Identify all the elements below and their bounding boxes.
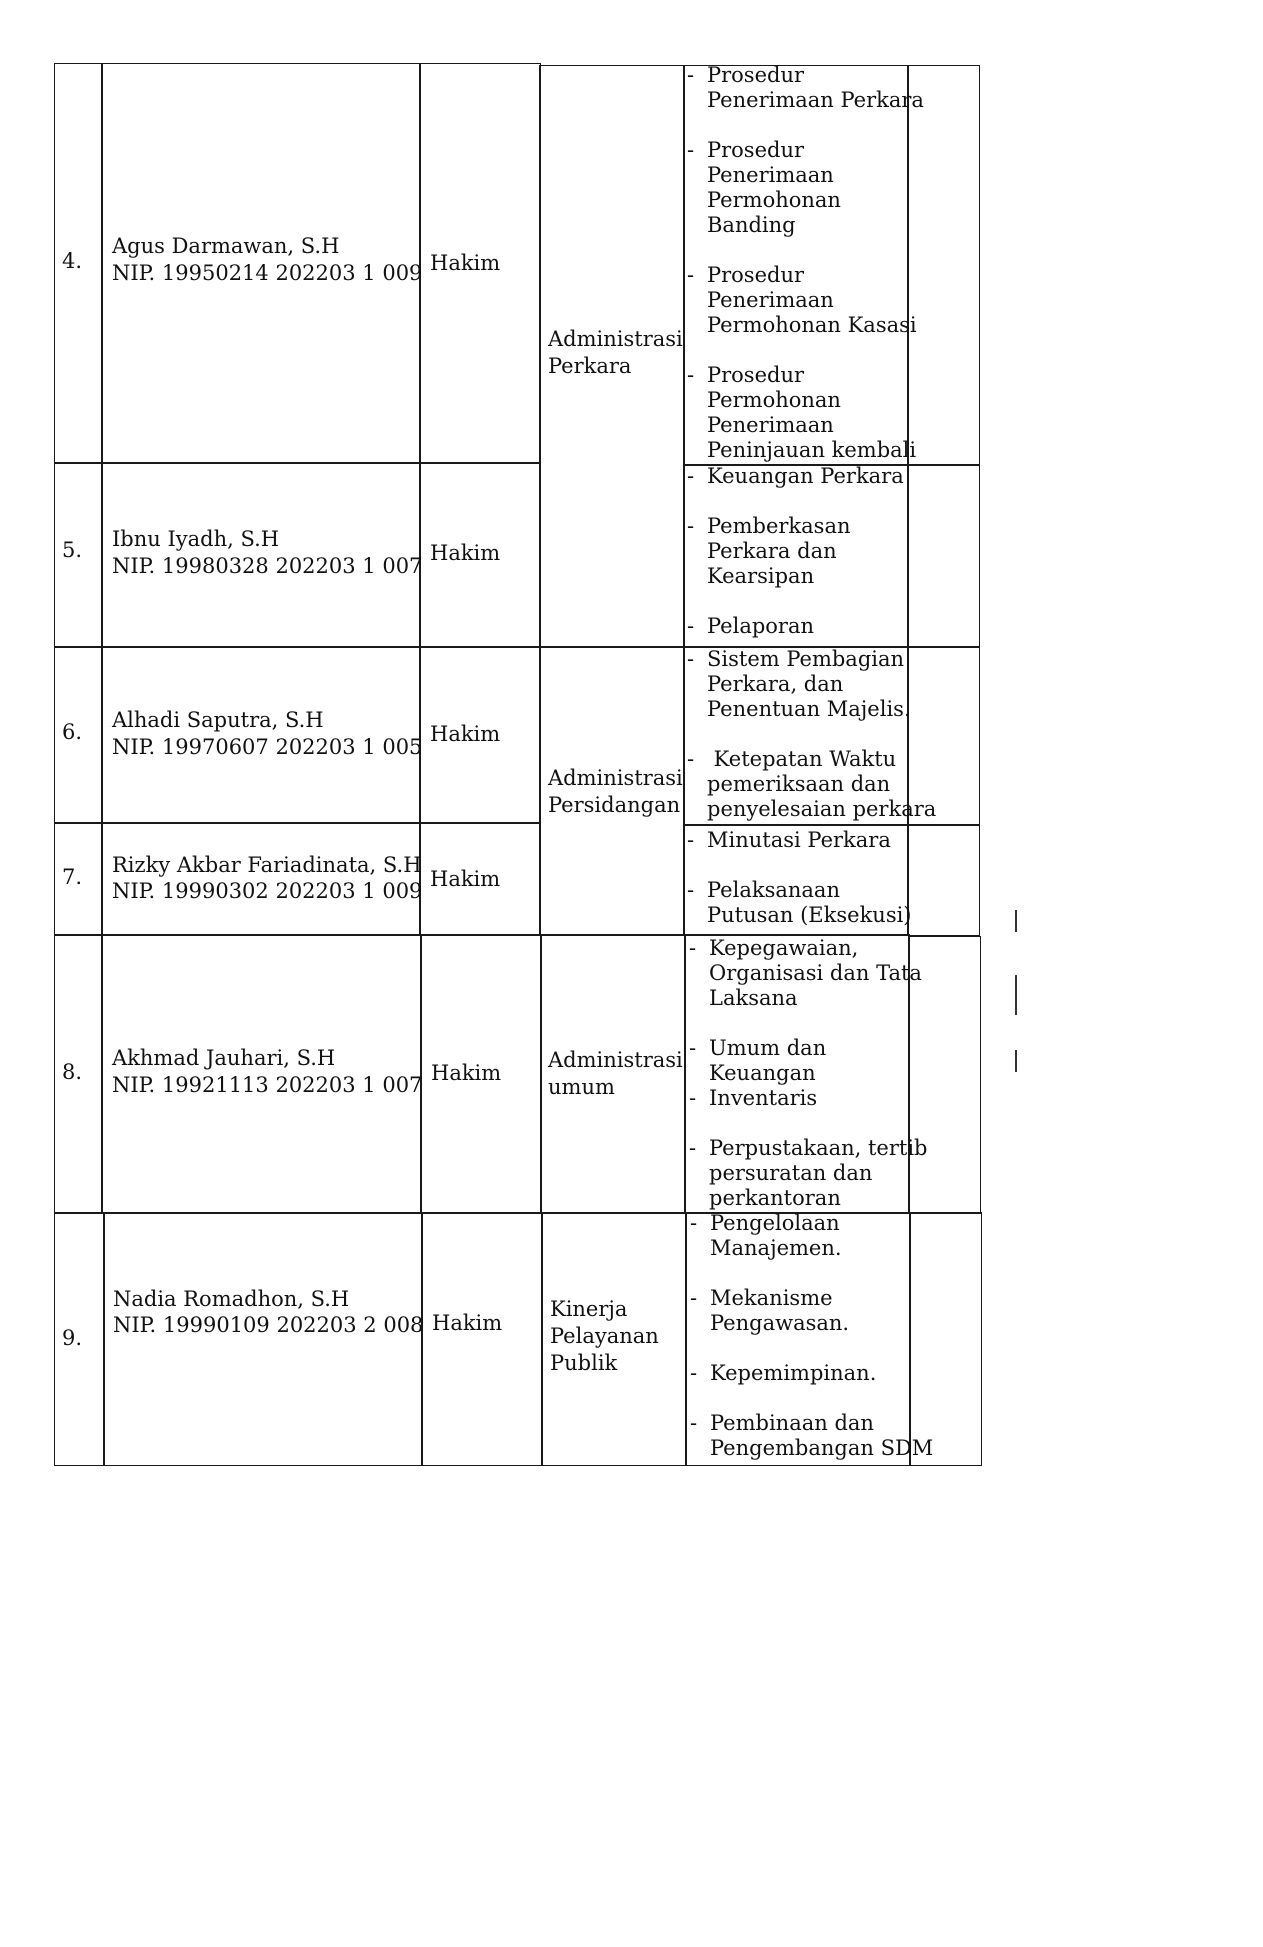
area-label: Administrasi umum	[548, 1047, 683, 1101]
employee-nip: NIP. 19921113 202203 1 007	[112, 1070, 422, 1101]
employee-nip: NIP. 19950214 202203 1 009	[112, 258, 422, 289]
employee-position: Hakim	[431, 1058, 501, 1089]
employee-nip: NIP. 19990302 202203 1 009	[112, 876, 422, 907]
employee-position: Hakim	[432, 1308, 502, 1339]
row-number: 6.	[62, 717, 82, 748]
task-list: Kepegawaian, Organisasi dan Tata Laksana…	[687, 936, 909, 1211]
task-item: Keuangan Perkara	[685, 464, 907, 489]
cell-note-7	[907, 824, 980, 936]
task-item: Prosedur Permohonan Penerimaan Peninjaua…	[685, 363, 907, 463]
task-item: Kepemimpinan.	[688, 1361, 910, 1386]
task-item: Pemberkasan Perkara dan Kearsipan	[685, 514, 907, 589]
area-label: Administrasi Perkara	[548, 326, 683, 380]
row-number: 5.	[62, 535, 82, 566]
task-item: Mekanisme Pengawasan.	[688, 1286, 910, 1336]
row-number: 8.	[62, 1057, 82, 1088]
task-item: Prosedur Penerimaan Permohonan Banding	[685, 138, 907, 238]
scan-artifact	[1015, 1050, 1017, 1072]
employee-nip: NIP. 19970607 202203 1 005	[112, 732, 422, 763]
employee-position: Hakim	[430, 538, 500, 569]
cell-note-4	[907, 65, 980, 466]
scan-artifact	[1015, 975, 1017, 1015]
task-item: Sistem Pembagian Perkara, dan Penentuan …	[685, 647, 907, 722]
area-label: Kinerja Pelayanan Publik	[550, 1296, 659, 1377]
cell-jabatan-9	[421, 1212, 543, 1466]
employee-position: Hakim	[430, 248, 500, 279]
task-list: Sistem Pembagian Perkara, dan Penentuan …	[685, 647, 907, 822]
scan-artifact	[1015, 910, 1017, 932]
task-item: Pembinaan dan Pengembangan SDM	[688, 1411, 910, 1461]
task-item: Minutasi Perkara	[685, 828, 907, 853]
task-item: Perpustakaan, tertib persuratan dan perk…	[687, 1136, 909, 1211]
row-number: 9.	[62, 1323, 82, 1354]
task-item: Pelaksanaan Putusan (Eksekusi)	[685, 878, 907, 928]
document-page: 4. 5. 6. 7. 8. 9. Agus Darmawan, S.H NIP…	[0, 0, 1263, 1947]
task-list: Prosedur Penerimaan Perkara Prosedur Pen…	[685, 63, 907, 463]
task-item: Inventaris	[687, 1086, 909, 1111]
task-item: Pelaporan	[685, 614, 907, 639]
task-item: Kepegawaian, Organisasi dan Tata Laksana	[687, 936, 909, 1011]
task-item: Prosedur Penerimaan Perkara	[685, 63, 907, 113]
employee-position: Hakim	[430, 864, 500, 895]
employee-position: Hakim	[430, 719, 500, 750]
task-list: Minutasi Perkara Pelaksanaan Putusan (Ek…	[685, 828, 907, 928]
task-item: Ketepatan Waktu pemeriksaan dan penyeles…	[685, 747, 907, 822]
task-list: Keuangan Perkara Pemberkasan Perkara dan…	[685, 464, 907, 639]
task-item: Pengelolaan Manajemen.	[688, 1211, 910, 1261]
task-list: Pengelolaan Manajemen. Mekanisme Pengawa…	[688, 1211, 910, 1461]
employee-nip: NIP. 19980328 202203 1 007	[112, 551, 422, 582]
row-number: 7.	[62, 862, 82, 893]
employee-nip: NIP. 19990109 202203 2 008	[113, 1310, 423, 1341]
area-label: Administrasi Persidangan	[548, 765, 683, 819]
task-item: Umum dan Keuangan	[687, 1036, 909, 1086]
cell-note-9	[909, 1212, 982, 1466]
task-item: Prosedur Penerimaan Permohonan Kasasi	[685, 263, 907, 338]
row-number: 4.	[62, 246, 82, 277]
cell-note-5	[907, 464, 980, 648]
